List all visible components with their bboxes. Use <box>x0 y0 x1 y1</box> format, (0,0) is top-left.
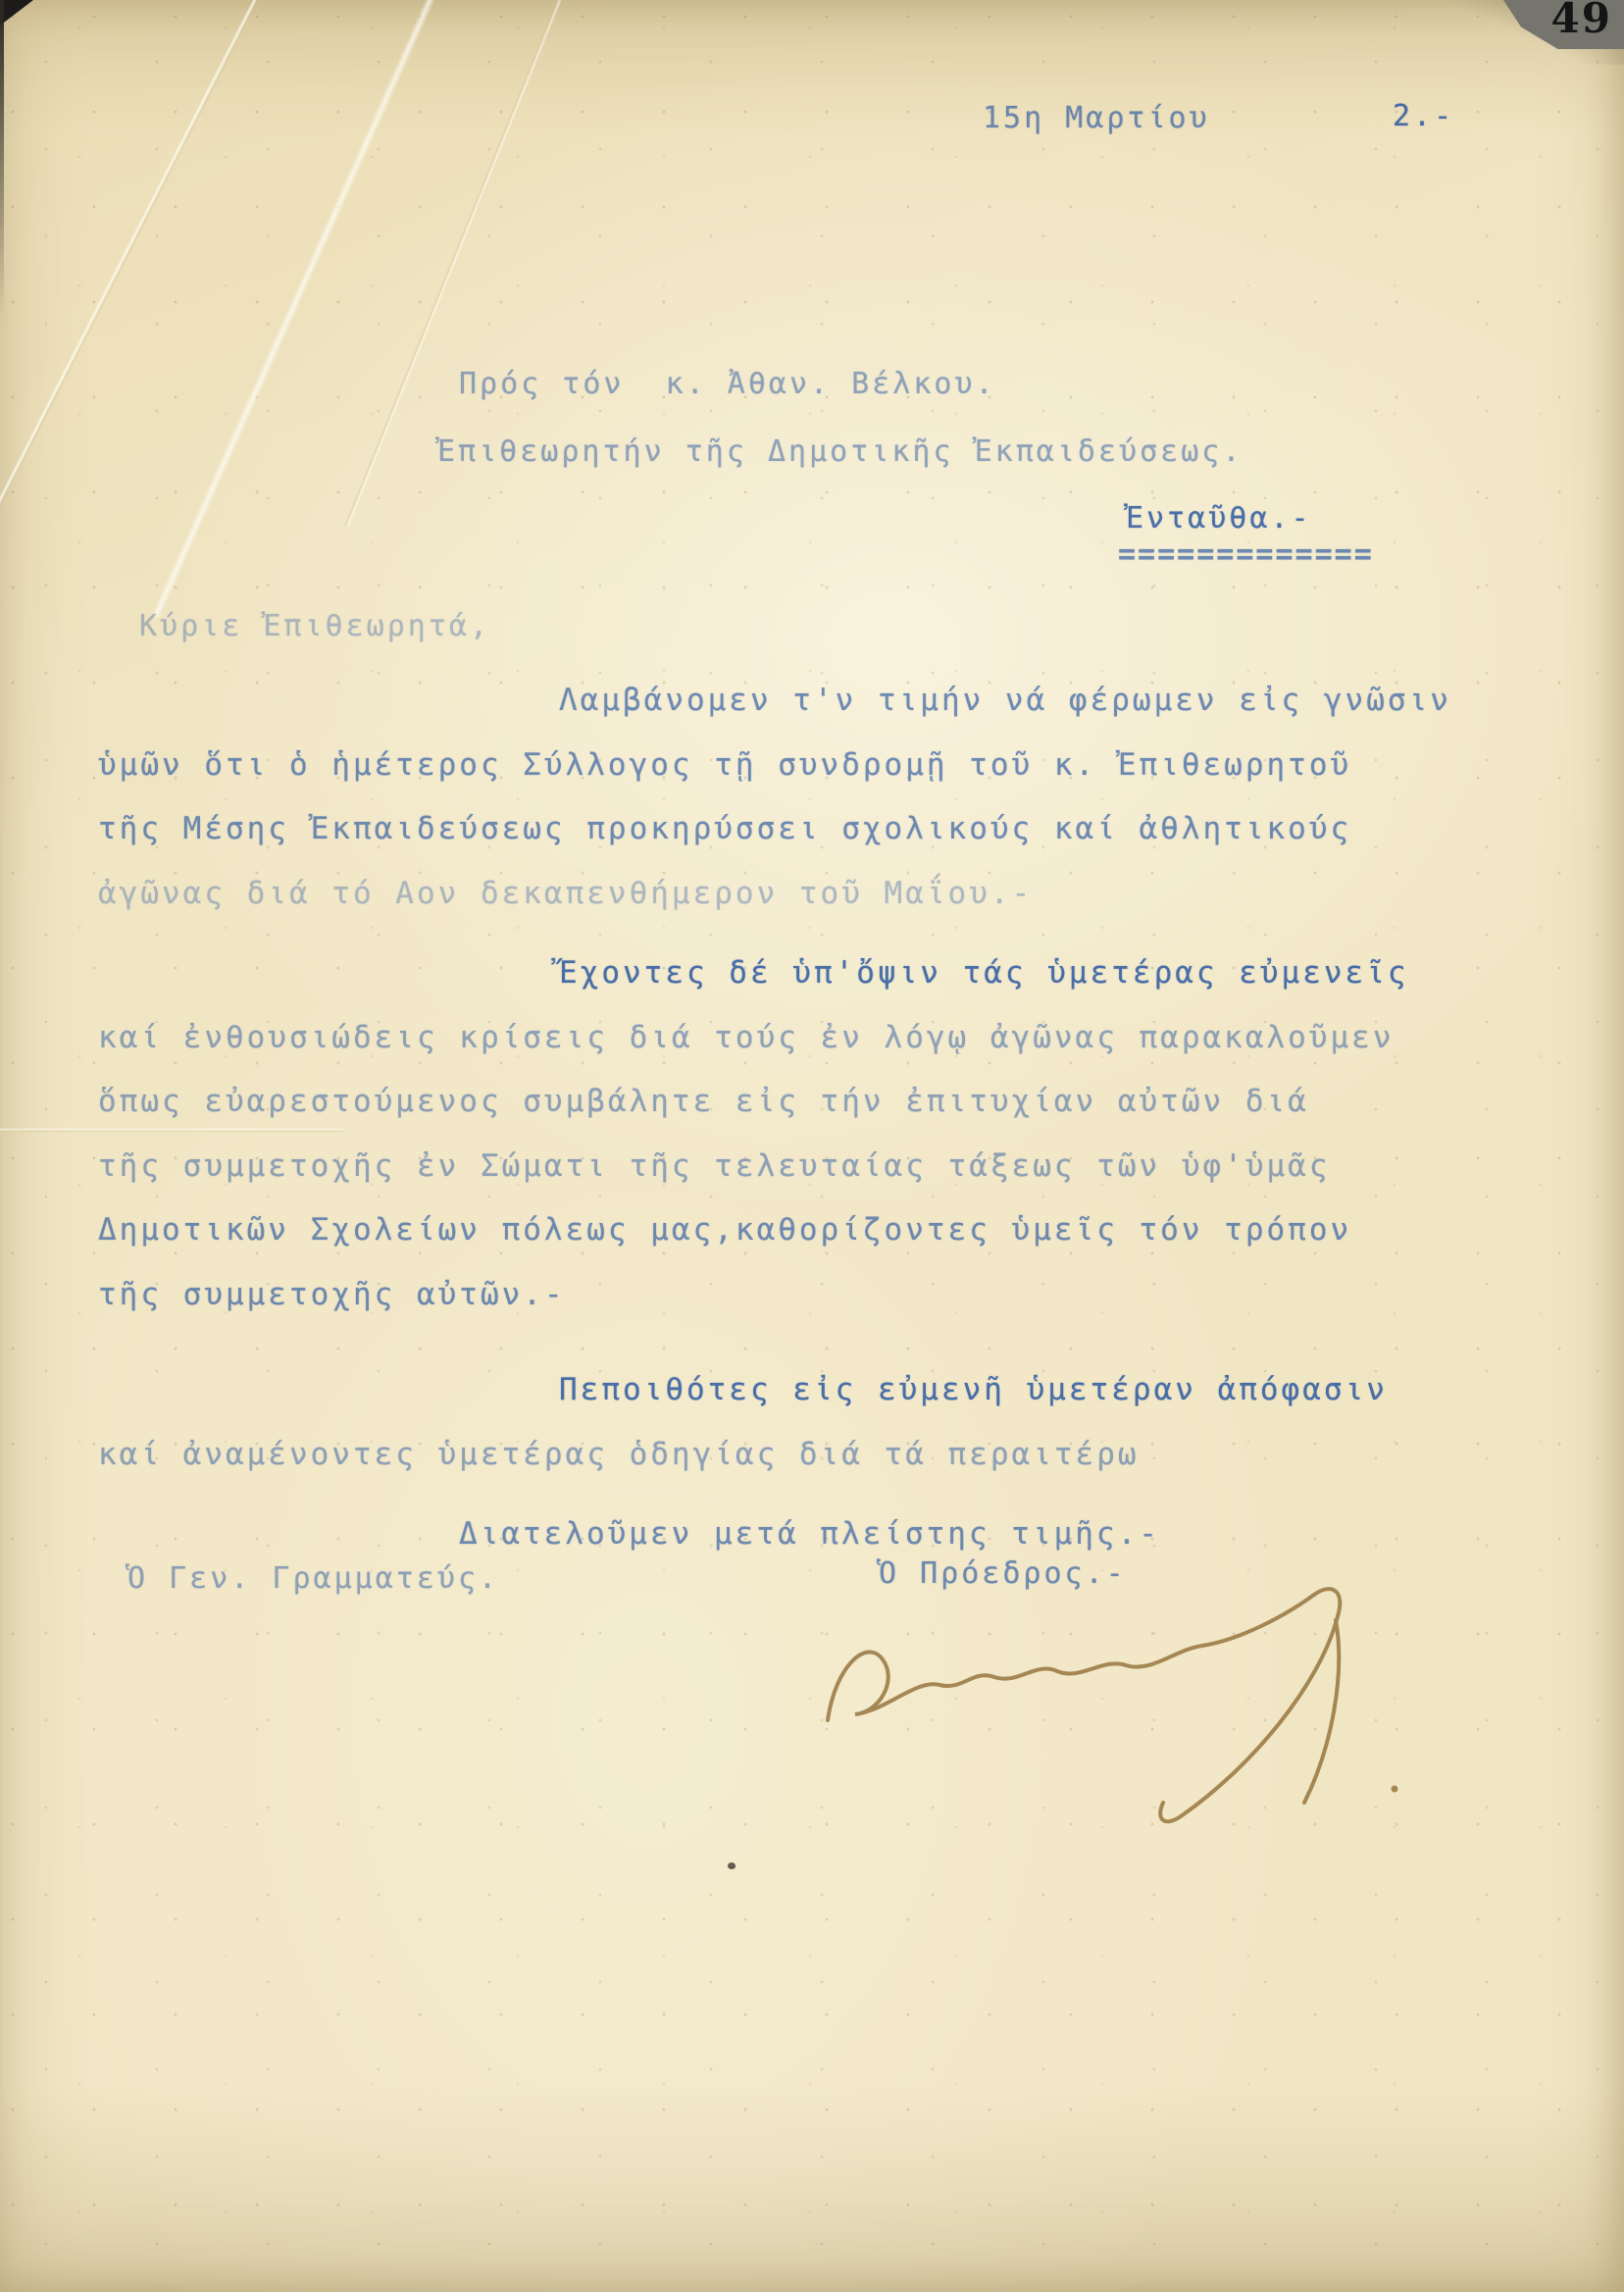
body-line: Πεποιθότες εἰς εὐμενῆ ὑμετέραν ἀπόφασιν <box>98 1358 1540 1423</box>
body-line: ὑμῶν ὅτι ὁ ἡμέτερος Σύλλογος τῇ συνδρομῇ… <box>98 734 1540 798</box>
paper-crease <box>0 0 262 537</box>
signature-mark <box>790 1555 1438 1869</box>
letter-scan: 49 15η Μαρτίου 2.- Πρός τόν κ. Ἀθαν. Βέλ… <box>0 0 1624 2292</box>
body-line: τῆς Μέσης Ἐκπαιδεύσεως προκηρύσσει σχολι… <box>98 797 1540 862</box>
scan-corner-tl <box>0 0 33 25</box>
letter-body: Λαμβάνομεν τ'ν τιμήν νά φέρωμεν εἰς γνῶσ… <box>98 669 1540 1567</box>
paragraph: Ἔχοντες δέ ὑπ'ὄψιν τάς ὑμετέρας εὐμενεῖς… <box>98 942 1540 1327</box>
body-line: τῆς συμμετοχῆς αὐτῶν.- <box>98 1263 1540 1328</box>
letter-number: 2.- <box>1393 99 1454 133</box>
recipient-name: Πρός τόν κ. Ἀθαν. Βέλκου. <box>459 367 996 401</box>
body-line: ὅπως εὐαρεστούμενος συμβάλητε εἰς τήν ἐπ… <box>98 1070 1540 1135</box>
body-line: Ἔχοντες δέ ὑπ'ὄψιν τάς ὑμετέρας εὐμενεῖς <box>98 942 1540 1006</box>
body-line: καί ἀναμένοντες ὑμετέρας ὁδηγίας διά τά … <box>98 1423 1540 1488</box>
body-line: τῆς συμμετοχῆς ἐν Σώματι τῆς τελευταίας … <box>98 1135 1540 1199</box>
body-line: καί ἐνθουσιώδεις κρίσεις διά τούς ἐν λόγ… <box>98 1006 1540 1071</box>
body-line: Δημοτικῶν Σχολείων πόλεως μας,καθορίζοντ… <box>98 1198 1540 1263</box>
salutation: Κύριε Ἐπιθεωρητά, <box>139 609 490 643</box>
archive-page-number: 49 <box>1551 0 1612 42</box>
recipient-place: Ἐνταῦθα.- <box>1126 501 1312 535</box>
scan-edge-left <box>0 0 4 314</box>
secretary-title: Ὁ Γεν. Γραμματεύς. <box>127 1561 499 1596</box>
body-line: ἀγῶνας διά τό Αον δεκαπενθήμερον τοῦ Μαΐ… <box>98 862 1540 927</box>
paper-crease <box>151 0 447 619</box>
body-line: Λαμβάνομεν τ'ν τιμήν νά φέρωμεν εἰς γνῶσ… <box>98 669 1540 734</box>
divider-rule: ============= <box>1118 537 1374 572</box>
ink-speck <box>728 1862 736 1869</box>
date: 15η Μαρτίου <box>983 101 1210 135</box>
paragraph: Πεποιθότες εἰς εὐμενῆ ὑμετέραν ἀπόφασινκ… <box>98 1358 1540 1487</box>
recipient-title: Ἐπιθεωρητήν τῆς Δημοτικῆς Ἐκπαιδεύσεως. <box>437 434 1243 469</box>
paragraph: Λαμβάνομεν τ'ν τιμήν νά φέρωμεν εἰς γνῶσ… <box>98 669 1540 926</box>
